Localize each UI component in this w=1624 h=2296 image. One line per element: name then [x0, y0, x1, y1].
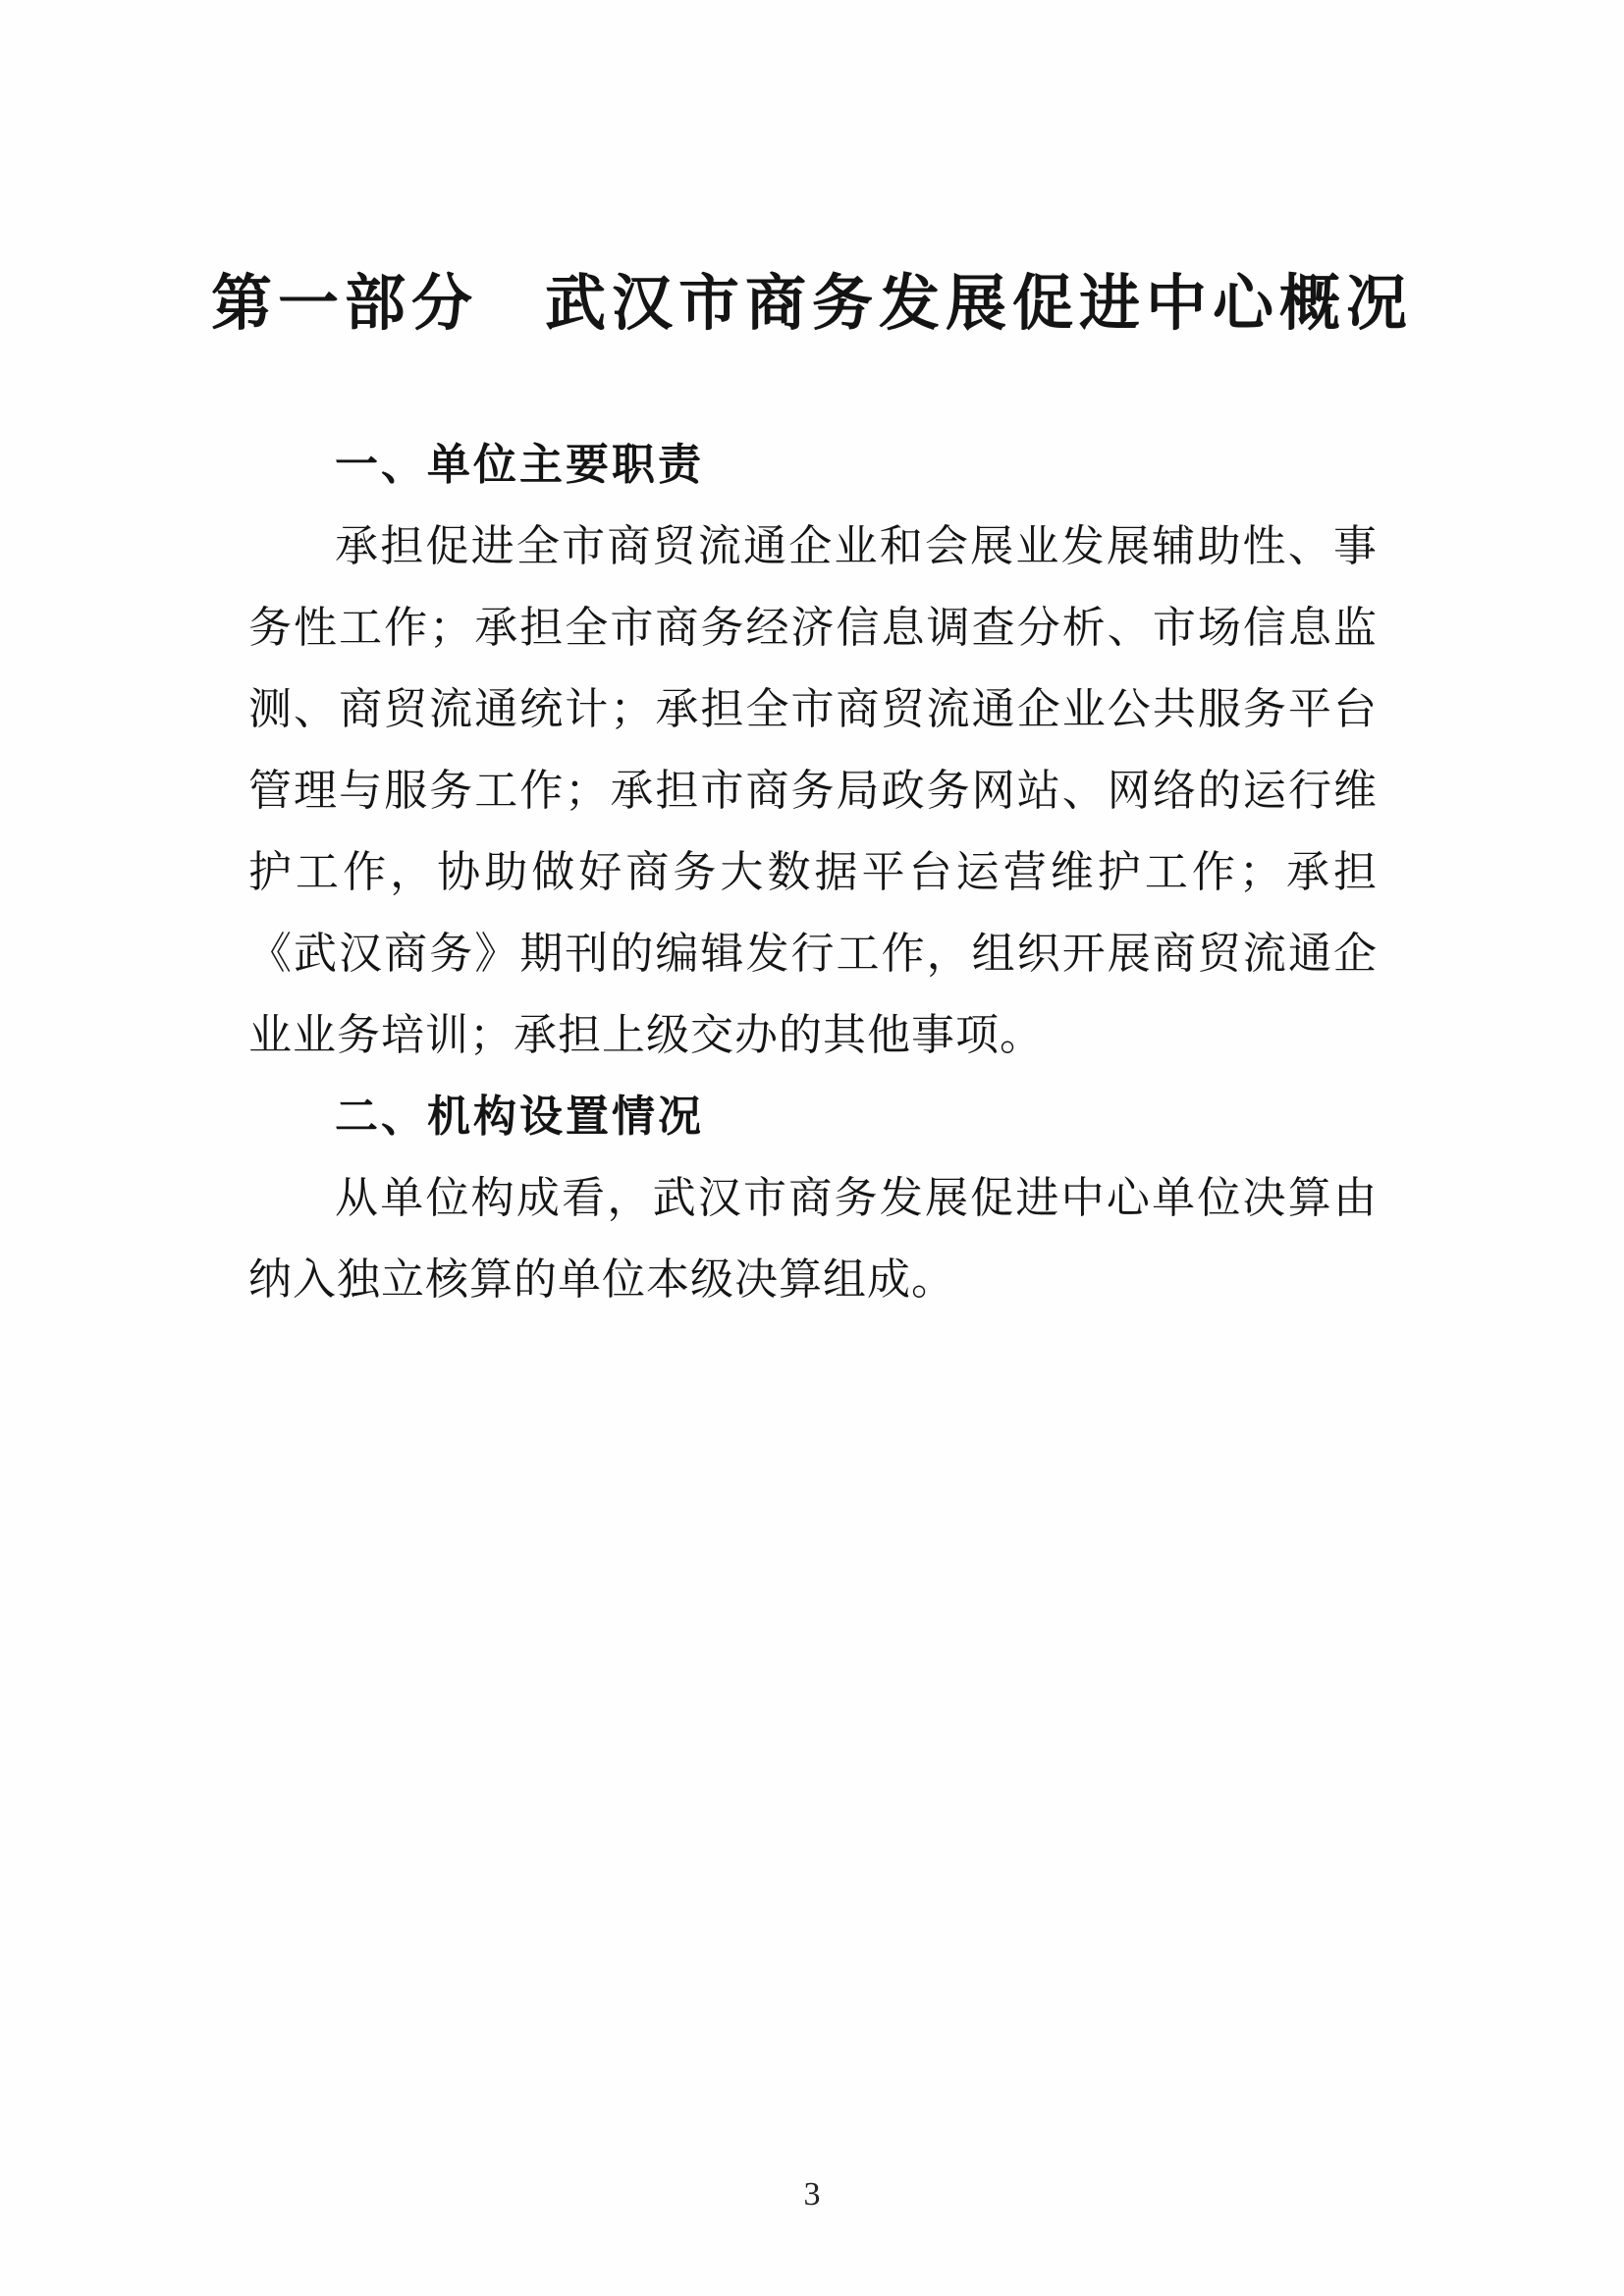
paragraph-organization-setup: 从单位构成看，武汉市商务发展促进中心单位决算由纳入独立核算的单位本级决算组成。 [248, 1157, 1378, 1320]
section-heading-organization-setup: 二、机构设置情况 [248, 1076, 1378, 1157]
page-title: 第一部分 武汉市商务发展促进中心概况 [0, 257, 1624, 351]
document-body: 一、单位主要职责 承担促进全市商贸流通企业和会展业发展辅助性、事务性工作；承担全… [248, 424, 1378, 1320]
document-page: 第一部分 武汉市商务发展促进中心概况 一、单位主要职责 承担促进全市商贸流通企业… [0, 0, 1624, 2296]
paragraph-unit-main-duties: 承担促进全市商贸流通企业和会展业发展辅助性、事务性工作；承担全市商务经济信息调查… [248, 506, 1378, 1076]
page-number: 3 [0, 2175, 1624, 2215]
section-heading-unit-main-duties: 一、单位主要职责 [248, 424, 1378, 506]
